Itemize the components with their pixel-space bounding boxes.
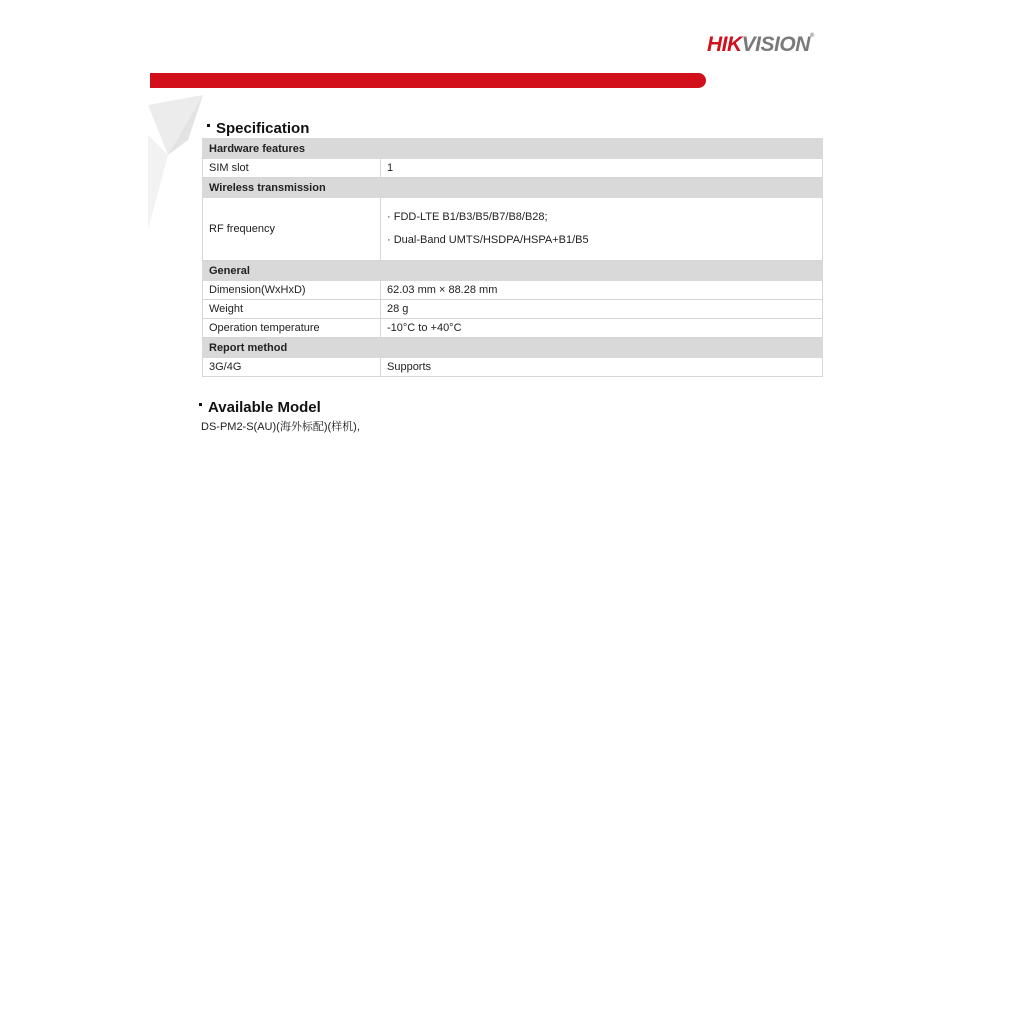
row-value-line: · Dual-Band UMTS/HSDPA/HSPA+B1/B5 bbox=[387, 229, 816, 252]
row-value: 1 bbox=[381, 159, 823, 178]
row-label: Dimension(WxHxD) bbox=[203, 281, 381, 300]
table-row: 3G/4G Supports bbox=[203, 358, 823, 377]
row-label: RF frequency bbox=[203, 198, 381, 261]
available-model-title-text: Available Model bbox=[208, 399, 321, 416]
bullet-icon bbox=[207, 124, 210, 127]
section-header-text: Hardware features bbox=[203, 139, 823, 159]
row-value: 62.03 mm × 88.28 mm bbox=[381, 281, 823, 300]
logo-main: HIK bbox=[707, 33, 742, 56]
row-label: 3G/4G bbox=[203, 358, 381, 377]
logo-second: VISION bbox=[742, 33, 810, 56]
section-header-text: General bbox=[203, 261, 823, 281]
section-header-hardware: Hardware features bbox=[203, 139, 823, 159]
header-red-bar bbox=[150, 73, 706, 88]
section-header-general: General bbox=[203, 261, 823, 281]
row-value: -10°C to +40°C bbox=[381, 319, 823, 338]
available-model-text: DS-PM2-S(AU)(海外标配)(样机), bbox=[201, 418, 360, 434]
table-row: Weight 28 g bbox=[203, 300, 823, 319]
trademark: ® bbox=[810, 33, 814, 39]
row-value: 28 g bbox=[381, 300, 823, 319]
section-header-wireless: Wireless transmission bbox=[203, 178, 823, 198]
specification-heading: Specification bbox=[207, 120, 309, 137]
table-row: Dimension(WxHxD) 62.03 mm × 88.28 mm bbox=[203, 281, 823, 300]
row-value-line: · FDD-LTE B1/B3/B5/B7/B8/B28; bbox=[387, 206, 816, 229]
section-header-text: Report method bbox=[203, 338, 823, 358]
hikvision-logo: HIKVISION® bbox=[707, 33, 814, 57]
row-label: SIM slot bbox=[203, 159, 381, 178]
table-row: RF frequency · FDD-LTE B1/B3/B5/B7/B8/B2… bbox=[203, 198, 823, 261]
available-model-heading: Available Model bbox=[199, 399, 321, 416]
row-label: Weight bbox=[203, 300, 381, 319]
row-value: Supports bbox=[381, 358, 823, 377]
table-row: Operation temperature -10°C to +40°C bbox=[203, 319, 823, 338]
table-row: SIM slot 1 bbox=[203, 159, 823, 178]
specification-title-text: Specification bbox=[216, 120, 309, 137]
section-header-text: Wireless transmission bbox=[203, 178, 823, 198]
specification-table: Hardware features SIM slot 1 Wireless tr… bbox=[202, 138, 823, 377]
decorative-arrow-graphic bbox=[148, 95, 208, 235]
section-header-report: Report method bbox=[203, 338, 823, 358]
row-label: Operation temperature bbox=[203, 319, 381, 338]
row-value: · FDD-LTE B1/B3/B5/B7/B8/B28; · Dual-Ban… bbox=[381, 198, 823, 261]
bullet-icon bbox=[199, 403, 202, 406]
